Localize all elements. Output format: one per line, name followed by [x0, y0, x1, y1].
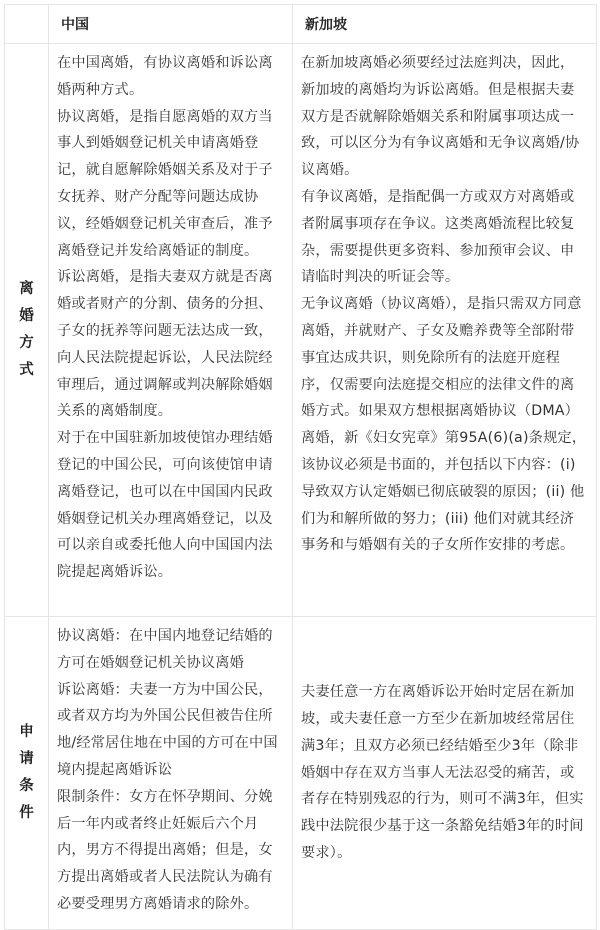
paragraph: 在中国离婚，有协议离婚和诉讼离婚两种方式。 [57, 50, 284, 104]
comparison-table: 中国 新加坡 离 婚 方 式 在中国离婚，有协议离婚和诉讼离婚两种方式。 协议离… [4, 4, 597, 920]
paragraph: 协议离婚，是指自愿离婚的双方当事人到婚姻登记机关申请离婚登记，就自愿解除婚姻关系… [57, 104, 284, 265]
cell-china-application-conditions: 协议离婚：在中国内地登记结婚的方可在婚姻登记机关协议离婚 诉讼离婚：夫妻一方为中… [49, 617, 293, 921]
paragraph: 无争议离婚（协议离婚），是指只需双方同意离婚，并就财产、子女及赡养费等全部附带事… [301, 291, 588, 559]
paragraph: 夫妻任意一方在离婚诉讼开始时定居在新加坡，或夫妻任意一方至少在新加坡经常居住满3… [301, 679, 588, 867]
table-row-divorce-methods: 离 婚 方 式 在中国离婚，有协议离婚和诉讼离婚两种方式。 协议离婚，是指自愿离… [5, 44, 597, 617]
cell-china-divorce-methods: 在中国离婚，有协议离婚和诉讼离婚两种方式。 协议离婚，是指自愿离婚的双方当事人到… [49, 44, 293, 617]
label-char: 条 [5, 773, 48, 800]
paragraph: 对于在中国驻新加坡使馆办理结婚登记的中国公民，可向该使馆申请离婚登记，也可以在中… [57, 425, 284, 586]
paragraph: 诉讼离婚：夫妻一方为中国公民，或者双方均为外国公民但被告住所地/经常居住地在中国… [57, 677, 284, 784]
label-char: 件 [5, 800, 48, 827]
label-char: 离 [5, 276, 48, 303]
label-char: 方 [5, 330, 48, 357]
row-label-divorce-methods: 离 婚 方 式 [5, 44, 49, 617]
label-char: 申 [5, 719, 48, 746]
label-char: 式 [5, 357, 48, 384]
paragraph: 有争议离婚，是指配偶一方或双方对离婚或者附属事项存在争议。这类离婚流程比较复杂，… [301, 184, 588, 291]
table-row-application-conditions: 申 请 条 件 协议离婚：在中国内地登记结婚的方可在婚姻登记机关协议离婚 诉讼离… [5, 617, 597, 921]
cell-singapore-divorce-methods: 在新加坡离婚必须要经过法庭判决，因此，新加坡的离婚均为诉讼离婚。但是根据夫妻双方… [293, 44, 597, 617]
cell-singapore-application-conditions: 夫妻任意一方在离婚诉讼开始时定居在新加坡，或夫妻任意一方至少在新加坡经常居住满3… [293, 617, 597, 921]
paragraph: 诉讼离婚，是指夫妻双方就是否离婚或者财产的分割、债务的分担、子女的抚养等问题无法… [57, 264, 284, 425]
header-china: 中国 [49, 5, 293, 44]
paragraph: 协议离婚：在中国内地登记结婚的方可在婚姻登记机关协议离婚 [57, 623, 284, 677]
label-char: 婚 [5, 303, 48, 330]
header-empty [5, 5, 49, 44]
row-label-application-conditions: 申 请 条 件 [5, 617, 49, 921]
table-header-row: 中国 新加坡 [5, 5, 597, 44]
header-singapore: 新加坡 [293, 5, 597, 44]
label-char: 请 [5, 746, 48, 773]
paragraph: 限制条件：女方在怀孕期间、分娩后一年内或者终止妊娠后六个月内，男方不得提出离婚；… [57, 784, 284, 918]
paragraph: 在新加坡离婚必须要经过法庭判决，因此，新加坡的离婚均为诉讼离婚。但是根据夫妻双方… [301, 50, 588, 184]
